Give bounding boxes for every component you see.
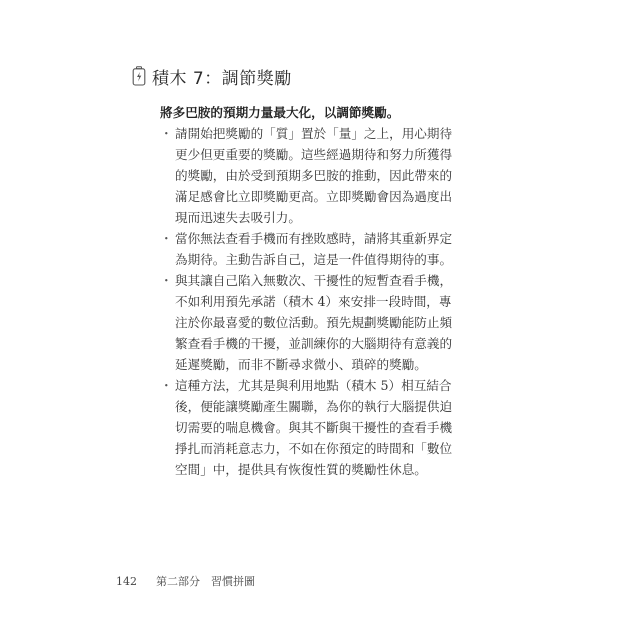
bullet-dot: ・: [160, 228, 170, 249]
bullet-text: 與其讓自己陷入無數次、干擾性的短暫查看手機，不如利用預先承諾（積木 4）來安排一…: [175, 273, 452, 372]
bullet-item: ・ 與其讓自己陷入無數次、干擾性的短暫查看手機，不如利用預先承諾（積木 4）來安…: [160, 270, 460, 375]
bullet-text: 這種方法，尤其是與利用地點（積木 5）相互結合後，便能讓獎勵產生關聯，為你的執行…: [175, 378, 452, 477]
section-title: 積木 7：調節獎勵: [132, 63, 292, 89]
bullet-item: ・ 當你無法查看手機而有挫敗感時，請將其重新界定為期待。主動告訴自己，這是一件值…: [160, 228, 460, 270]
bullet-item: ・ 這種方法，尤其是與利用地點（積木 5）相互結合後，便能讓獎勵產生關聯，為你的…: [160, 375, 460, 480]
body-content: 將多巴胺的預期力量最大化，以調節獎勵。 ・ 請開始把獎勵的「質」置於「量」之上，…: [160, 102, 460, 480]
section-title-text: 積木 7：調節獎勵: [152, 64, 292, 89]
battery-charging-icon: [132, 66, 146, 86]
page-number: 142: [116, 575, 156, 588]
book-page: 積木 7：調節獎勵 將多巴胺的預期力量最大化，以調節獎勵。 ・ 請開始把獎勵的「…: [0, 0, 620, 620]
lead-sentence: 將多巴胺的預期力量最大化，以調節獎勵。: [160, 102, 460, 123]
page-footer: 142 第二部分 習慣拼圖: [116, 573, 255, 589]
running-footer-section: 第二部分 習慣拼圖: [156, 573, 255, 589]
bullet-list: ・ 請開始把獎勵的「質」置於「量」之上，用心期待更少但更重要的獎勵。這些經過期待…: [160, 123, 460, 480]
bullet-dot: ・: [160, 123, 170, 144]
bullet-item: ・ 請開始把獎勵的「質」置於「量」之上，用心期待更少但更重要的獎勵。這些經過期待…: [160, 123, 460, 228]
bullet-dot: ・: [160, 270, 170, 291]
bullet-dot: ・: [160, 375, 170, 396]
bullet-text: 當你無法查看手機而有挫敗感時，請將其重新界定為期待。主動告訴自己，這是一件值得期…: [175, 231, 452, 267]
bullet-text: 請開始把獎勵的「質」置於「量」之上，用心期待更少但更重要的獎勵。這些經過期待和努…: [175, 126, 452, 225]
